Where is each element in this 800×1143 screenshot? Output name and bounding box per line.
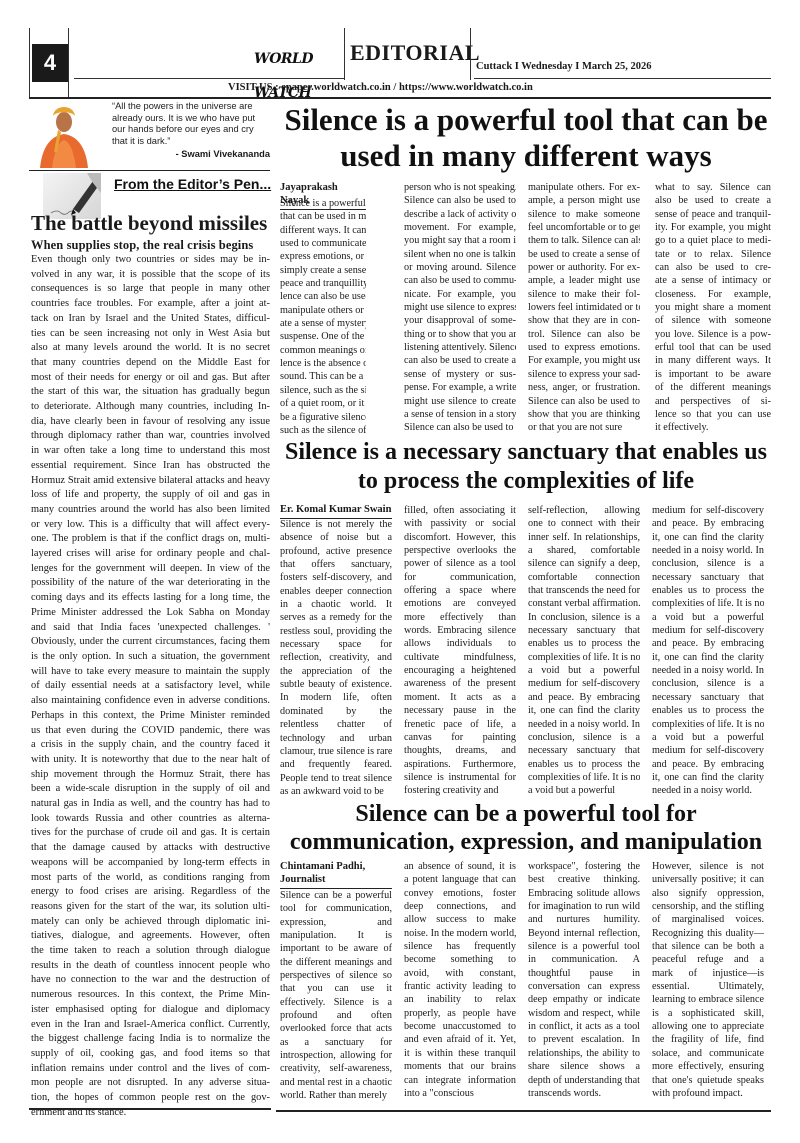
text-line: Embracing solitude allows — [528, 887, 640, 900]
text-line: it, one can find the clarity — [652, 651, 764, 664]
text-line: feel uncomfortable or to get — [528, 221, 640, 234]
text-line: mon people are not disrupted. In any adv… — [31, 1076, 270, 1091]
text-line: and frequently feared. — [280, 758, 392, 771]
text-line: complexities of life. It is not — [528, 771, 640, 784]
text-line: closeness. For example, — [655, 288, 771, 301]
text-line: workspace", fostering the — [528, 860, 640, 873]
text-line: noise. In the modern world, — [404, 927, 516, 940]
text-line: lence is the absence of — [280, 357, 366, 370]
text-line: overlooked force that acts — [280, 1022, 392, 1035]
text-line: different ways. It can be — [280, 224, 366, 237]
text-line: can integrate information — [404, 1074, 516, 1087]
text-line: and peace. By embracing — [652, 637, 764, 650]
text-line: that you can use it — [280, 982, 392, 995]
text-line: frantic activity leading to — [404, 980, 516, 993]
text-line: power of silence as a tool — [404, 557, 516, 570]
text-line: technology and urban — [280, 732, 392, 745]
text-line: common meanings of si- — [280, 344, 366, 357]
text-line: ness, anger, or frustration. — [528, 381, 640, 394]
editorial-body: Even though only two countries or sides … — [31, 253, 270, 1120]
article-2-column-4: medium for self-discoveryand peace. By e… — [652, 504, 764, 798]
text-line: needed in a noisy world. In — [528, 718, 640, 731]
text-line: inner self. In relationships, — [528, 531, 640, 544]
text-line: allowing one to appreciate — [652, 1020, 764, 1033]
text-line: can also be used to cre- — [655, 261, 771, 274]
quote-author: - Swami Vivekananda — [112, 149, 270, 159]
text-line: into a "conscious — [404, 1087, 516, 1100]
text-line: tool for communication, — [280, 902, 392, 915]
header-rule-horizontal-right — [474, 78, 771, 79]
text-line: with unity. It is noteworthy that due to… — [31, 753, 270, 768]
text-line: mately can only be achieved through dipl… — [31, 915, 270, 930]
text-line: a sense of tension in a story. — [404, 408, 516, 421]
text-line: of marginalised voices. — [652, 913, 764, 926]
text-line: necessary sanctuary that — [528, 624, 640, 637]
portrait-icon — [36, 100, 92, 168]
text-line: an absence of sound, it is — [404, 860, 516, 873]
text-line: that can be used in many — [280, 210, 366, 223]
text-line: ties can be seen increasing not only in … — [31, 327, 270, 342]
text-line: and even afraid of it. Yet, — [404, 1033, 516, 1046]
text-line: Silence is not merely the — [280, 518, 392, 531]
article-3-column-2: an absence of sound, it isa potent langu… — [404, 860, 516, 1100]
text-line: For example, you might use — [528, 354, 640, 367]
text-line: emotions are conveyed — [404, 597, 516, 610]
text-line: in a chaotic world. It — [280, 598, 392, 611]
text-line: conclusion, silence is a — [652, 677, 764, 690]
text-line: be used to create a sense of — [528, 248, 640, 261]
text-line: convey emotions, foster — [404, 887, 516, 900]
editorial-bottom-rule — [29, 1108, 271, 1110]
text-line: or very low. This is a difficulty that w… — [31, 518, 270, 533]
text-line: your disapproval of some- — [404, 314, 516, 327]
text-line: used to communicate, to — [280, 237, 366, 250]
editorial-title: The battle beyond missiles — [31, 211, 267, 236]
text-line: In conclusion, silence is a — [528, 611, 640, 624]
text-line: necessary pause in the — [404, 704, 516, 717]
text-line: in conflict, it acts as a tool — [528, 1020, 640, 1033]
text-line: complexities of life. It is not — [652, 597, 764, 610]
dateline: Cuttack I Wednesday I March 25, 2026 — [476, 61, 652, 72]
page-number: 4 — [32, 44, 68, 82]
text-line: needed in a noisy world. In — [652, 544, 764, 557]
text-line: tate or to relax. Silence — [655, 248, 771, 261]
text-line: share silence shows a — [528, 1060, 640, 1073]
text-line: medium for self-discovery — [528, 677, 640, 690]
text-line: depth of understanding that — [528, 1074, 640, 1087]
text-line: simply create a sense of — [280, 264, 366, 277]
text-line: Obviously, under the current circumstanc… — [31, 635, 270, 650]
text-line: tives for the purchase of crude oil and … — [31, 826, 270, 841]
text-line: with passivity or social — [404, 517, 516, 530]
text-line: supply of oil, cooking gas, and food ite… — [31, 1047, 270, 1062]
text-line: discomfort. However, this — [404, 531, 516, 544]
text-line: profound, active presence — [280, 545, 392, 558]
text-line: silence, such as the silence — [280, 384, 366, 397]
text-line: also signify oppression, — [652, 887, 764, 900]
quote-text: “All the powers in the universe are alre… — [112, 101, 270, 147]
text-line: show that you are thinking — [528, 408, 640, 421]
text-line: be a figurative silence, — [280, 411, 366, 424]
text-line: layered crises will arise for ordinary p… — [31, 547, 270, 562]
text-line: in communication. A — [528, 953, 640, 966]
text-line: restless soul, providing the — [280, 625, 392, 638]
text-line: relationships, the ability to — [528, 1047, 640, 1060]
text-line: enables us to process the — [528, 758, 640, 771]
text-line: even in the Iran and Israel-America conf… — [31, 1018, 270, 1033]
text-line: silence has frequently — [404, 940, 516, 953]
text-line: numerous resources. In this context, the… — [31, 988, 270, 1003]
text-line: in war often take a long time to underst… — [31, 444, 270, 459]
text-line: reflection, creativity, and — [280, 651, 392, 664]
text-line: fostering creativity and — [404, 784, 516, 797]
text-line: Silence can also be used to — [404, 421, 516, 434]
text-line: a void but a powerful — [652, 611, 764, 624]
text-line: will have to take every measure to maint… — [31, 665, 270, 680]
text-line: peaceful refuge and a — [652, 953, 764, 966]
text-line: necessary sanctuary that — [528, 744, 640, 757]
text-line: weapons will be accompanied by long-term… — [31, 856, 270, 871]
text-line: profound and often — [280, 1009, 392, 1022]
text-line: mark of injustice—is — [652, 967, 764, 980]
article-1-column-2: person who is not speaking.Silence can a… — [404, 181, 516, 435]
text-line: essential requirement. Since Iran has ob… — [31, 459, 270, 474]
text-line: the start of this war, the situation has… — [31, 385, 270, 400]
text-line: loss of life and property, the supply of… — [31, 488, 270, 503]
article-3-column-4: However, silence is notuniversally posit… — [652, 860, 764, 1100]
text-line: and peace. By embracing — [528, 691, 640, 704]
text-line: silent when no one is talking — [404, 248, 516, 261]
text-line: a void but a powerful — [528, 664, 640, 677]
text-line: become unaccustomed to — [404, 1020, 516, 1033]
text-line: can also be used to commu- — [404, 274, 516, 287]
text-line: have no connection to the war and the de… — [31, 973, 270, 988]
text-line: moment. It acts as a — [404, 691, 516, 704]
article-3-byline-role: Journalist — [280, 873, 392, 886]
text-line: that transcends the need for — [528, 584, 640, 597]
text-line: of daily essential needs at a satisfacto… — [31, 679, 270, 694]
text-line: them to talk. Silence can also — [528, 234, 640, 247]
text-line: is important to be aware — [655, 368, 771, 381]
text-line: necessary sanctuary that — [652, 571, 764, 584]
text-line: enables us to process the — [528, 637, 640, 650]
text-line: nicate. For example, you — [404, 288, 516, 301]
text-line: go to a quiet place to medi- — [655, 234, 771, 247]
text-line: a crisis in the supply chain, and the co… — [31, 738, 270, 753]
text-line: deep connections, and — [404, 900, 516, 913]
text-line: also at many levels around the world. It… — [31, 341, 270, 356]
text-line: canvas for painting — [404, 731, 516, 744]
text-line: show that they are in con- — [528, 314, 640, 327]
text-line: such as the silence of a — [280, 424, 366, 437]
text-line: creativity, self-awareness, — [280, 1062, 392, 1075]
text-line: absence of noise but a — [280, 531, 392, 544]
text-line: to deteriorate. Although many countries,… — [31, 400, 270, 415]
text-line: us that even during the COVID pandemic, … — [31, 724, 270, 739]
text-line: Silence can also be used to — [404, 194, 516, 207]
text-line: it, one can find the clarity — [652, 531, 764, 544]
text-line: listening attentively. Silence — [404, 341, 516, 354]
text-line: censorship, and the stifling — [652, 900, 764, 913]
text-line: countries face troubles. For example, af… — [31, 297, 270, 312]
text-line: medium for self-discovery — [652, 504, 764, 517]
text-line: necessary sanctuary that — [652, 691, 764, 704]
text-line: relentless chatter of — [280, 718, 392, 731]
text-line: thoughtful pause in — [528, 967, 640, 980]
text-line: tiatives, dialogue, and agreements. Howe… — [31, 929, 270, 944]
text-line: become something to — [404, 953, 516, 966]
text-line: medium for self-discovery — [652, 744, 764, 757]
text-line: People tend to treat silence — [280, 772, 392, 785]
text-line: avoid, with constant, — [404, 967, 516, 980]
text-line: sound. This can be a literal — [280, 370, 366, 383]
text-line: an inability to relax — [404, 993, 516, 1006]
text-line: complexities of life. It is not — [652, 718, 764, 731]
text-line: silence to express your sad- — [528, 368, 640, 381]
text-line: more effectively than — [404, 611, 516, 624]
text-line: tack on Iran by Israel and the United St… — [31, 312, 270, 327]
text-line: look towards Russia and other countries … — [31, 812, 270, 827]
text-line: fosters self-discovery, and — [280, 571, 392, 584]
text-line: Silence is a powerful tool — [280, 197, 366, 210]
text-line: for communication, — [404, 571, 516, 584]
text-line: enables us to process the — [652, 704, 764, 717]
text-line: conversation can express — [528, 980, 640, 993]
quote-divider — [29, 170, 270, 171]
text-line: the appreciation of the — [280, 665, 392, 678]
text-line: Perhaps in this context, the Prime Minis… — [31, 709, 270, 724]
text-line: needed in a noisy world. — [652, 784, 764, 797]
text-line: introspection, allowing for — [280, 1049, 392, 1062]
text-line: you love. Silence is a pow- — [655, 328, 771, 341]
text-line: a void but a powerful — [652, 731, 764, 744]
text-line: been a wide-scale disruption in the supp… — [31, 782, 270, 797]
text-line: one to connect with their — [528, 517, 640, 530]
text-line: best creative thinking. — [528, 873, 640, 886]
text-line: used to express emotions. — [528, 341, 640, 354]
text-line: silence can signify a deep, — [528, 557, 640, 570]
article-1-column-4: what to say. Silence canalso be used to … — [655, 181, 771, 435]
text-line: transcends words. — [528, 1087, 640, 1100]
text-line: the fragility of life, find — [652, 1033, 764, 1046]
text-line: also be used to create a — [655, 194, 771, 207]
text-line: power or authority. For ex- — [528, 261, 640, 274]
text-line: is a sophisticated skill, — [652, 1007, 764, 1020]
text-line: self-reflection, allowing — [528, 504, 640, 517]
newspaper-logo: WORLD WATCH — [254, 42, 342, 76]
text-line: sense of mystery or sus- — [404, 368, 516, 381]
header-rule-logo — [344, 28, 345, 80]
visit-us-links: VISIT US : epaper.worldwatch.co.in / htt… — [228, 82, 533, 93]
text-line: might use silence to express — [404, 301, 516, 314]
text-line: trol. Silence can also be — [528, 328, 640, 341]
text-line: allows individuals to — [404, 637, 516, 650]
text-line: ship movement through the Hormuz Strait,… — [31, 768, 270, 783]
text-line: also maintaining confidence even in adve… — [31, 694, 270, 709]
text-line: Silence can also be used to — [528, 395, 640, 408]
text-line: conclusion, silence is a — [528, 731, 640, 744]
text-line: Even though only two countries or sides … — [31, 253, 270, 268]
text-line: sense of peace and tranquil- — [655, 208, 771, 221]
text-line: person who is not speaking. — [404, 181, 516, 194]
article-1-headline: Silence is a powerful tool that can be u… — [276, 102, 776, 174]
editorial-subtitle: When supplies stop, the real crisis begi… — [31, 238, 253, 253]
text-line: constant verbal affirmation. — [528, 597, 640, 610]
text-line: consequences is so large that people in … — [31, 282, 270, 297]
text-line: expression, and — [280, 916, 392, 929]
text-line: most of their needs for energy or oil an… — [31, 371, 270, 386]
text-line: complexities of life. It is not — [528, 651, 640, 664]
text-line: it, one can find the clarity — [652, 771, 764, 784]
text-line: as a sanctuary for — [280, 1036, 392, 1049]
text-line: Hormuz Strait amid extensive bilateral a… — [31, 474, 270, 489]
text-line: and perspectives of si- — [655, 395, 771, 408]
text-line: more effectively, ensuring — [652, 1060, 764, 1073]
text-line: silence is a powerful tool — [528, 940, 640, 953]
text-line: needed in a noisy world. In — [652, 664, 764, 677]
header-rule-horizontal-left — [74, 78, 344, 79]
text-line: and peace. By embracing — [652, 517, 764, 530]
text-line: offering a space where — [404, 584, 516, 597]
text-line: to prevent escalation. In — [528, 1033, 640, 1046]
text-line: silence to make their fol- — [528, 288, 640, 301]
text-line: many countries around the world has also… — [31, 503, 270, 518]
text-line: However, silence is not — [652, 860, 764, 873]
text-line: enables us to process the — [652, 584, 764, 597]
text-line: what to say. Silence can — [655, 181, 771, 194]
text-line: it effectively. — [655, 421, 771, 434]
text-line: perspective overlooks the — [404, 544, 516, 557]
text-line: the time taken to reach a solution throu… — [31, 944, 270, 959]
text-line: coming days and its effects lasting for … — [31, 591, 270, 606]
text-line: In modern life, often — [280, 691, 392, 704]
text-line: the biggest challenge facing India is to… — [31, 1032, 270, 1047]
text-line: or moving around. Silence — [404, 261, 516, 274]
text-line: Prime Minister addressed the Lok Sabha o… — [31, 606, 270, 621]
text-line: is the only option. In such a situation,… — [31, 650, 270, 665]
text-line: essential. Ultimately, — [652, 980, 764, 993]
text-line: enables deeper connection — [280, 585, 392, 598]
section-title: EDITORIAL — [350, 40, 480, 66]
text-line: and peace. By embracing — [652, 758, 764, 771]
text-line: with profound impact. — [652, 1087, 764, 1100]
header-rule-left — [29, 28, 30, 98]
text-line: and nurtures humility. — [528, 913, 640, 926]
text-line: it, one can find the clarity — [528, 704, 640, 717]
text-line: lowers feel intimidated or to — [528, 301, 640, 314]
text-line: that the damage caused by attacks with d… — [31, 841, 270, 856]
text-line: suspense. One of the most — [280, 330, 366, 343]
text-line: tion, the hopes of common people rest on… — [31, 1091, 270, 1106]
article-3-byline-name: Chintamani Padhi, — [280, 860, 392, 873]
text-line: of a quiet room, or it can — [280, 397, 366, 410]
text-line: serves as a remedy for the — [280, 611, 392, 624]
text-line: describe a lack of activity or — [404, 208, 516, 221]
text-line: volved in any war, it is possible that t… — [31, 268, 270, 283]
text-line: Recognizing this duality— — [652, 927, 764, 940]
text-line: wisdom and respect, while — [528, 1007, 640, 1020]
text-line: Beyond internal reflection, — [528, 927, 640, 940]
text-line: you might say that a room is — [404, 234, 516, 247]
text-line: and said that India faces 'unexpected ch… — [31, 621, 270, 636]
text-line: it is within these tranquil — [404, 1047, 516, 1060]
text-line: a shared, comfortable — [528, 544, 640, 557]
text-line: manipulate others. For ex- — [528, 181, 640, 194]
text-line: properly, as people have — [404, 1007, 516, 1020]
text-line: solace, and communicate — [652, 1047, 764, 1060]
text-line: reasons given for the start of the war, … — [31, 900, 270, 915]
text-line: clamour, true silence is rare — [280, 745, 392, 758]
swami-vivekananda-portrait — [36, 100, 92, 168]
text-line: comfortable connection — [528, 571, 640, 584]
text-line: that offers sanctuary, — [280, 558, 392, 571]
text-line: medium for self-discovery — [652, 624, 764, 637]
text-line: and mental rest in a chaotic — [280, 1076, 392, 1089]
header-rule-section — [470, 28, 471, 80]
text-line: most parts of the world, as conditions r… — [31, 871, 270, 886]
text-line: universally positive; it can — [652, 873, 764, 886]
text-line: Silence can be a powerful — [280, 889, 392, 902]
article-1-column-3: manipulate others. For ex-ample, a perso… — [528, 181, 640, 435]
header-rule-page-number — [68, 28, 69, 98]
text-line: movement. For example, — [404, 221, 516, 234]
text-line: effectively. Silence is a — [280, 996, 392, 1009]
text-line: that one's quietude speaks — [652, 1074, 764, 1087]
text-line: words. Embracing silence — [404, 624, 516, 637]
text-line: through diplomacy rather than war, count… — [31, 429, 270, 444]
text-line: encouraging a heightened — [404, 664, 516, 677]
text-line: or that you are not sure — [528, 421, 640, 434]
text-line: as an awkward void to be — [280, 785, 392, 798]
text-line: ate a sense of mystery or — [280, 317, 366, 330]
text-line: allow success to make — [404, 913, 516, 926]
text-line: important to be aware of — [280, 942, 392, 955]
text-line: subtle beauty of existence. — [280, 678, 392, 691]
text-line: one. The problem is that if the conflict… — [31, 532, 270, 547]
text-line: of silence with someone — [655, 314, 771, 327]
article-2-column-2: filled, often associating itwith passivi… — [404, 504, 516, 798]
text-line: manipulation. It is — [280, 929, 392, 942]
text-line: frenetic pace of life, a — [404, 718, 516, 731]
text-line: the different meanings and — [280, 956, 392, 969]
text-line: dia, have clearly been in favour of reso… — [31, 415, 270, 430]
text-line: ample, a person might use — [528, 194, 640, 207]
text-line: that many countries depend on the Middle… — [31, 356, 270, 371]
article-2-column-3: self-reflection, allowingone to connect … — [528, 504, 640, 798]
article-3-column-3: workspace", fostering thebest creative t… — [528, 860, 640, 1100]
article-3-byline: Chintamani Padhi, Journalist — [280, 860, 392, 889]
text-line: a potent language that can — [404, 873, 516, 886]
text-line: thing or to show that you are — [404, 328, 516, 341]
text-line: for imagination to run wild — [528, 900, 640, 913]
text-line: of the different meanings — [655, 381, 771, 394]
header-bottom-rule — [29, 97, 771, 99]
text-line: filled, often associating it — [404, 504, 516, 517]
text-line: in many different ways. It — [655, 354, 771, 367]
text-line: you might share a moment — [655, 301, 771, 314]
text-line: necessary space for — [280, 638, 392, 651]
article-2-column-1: Silence is not merely theabsence of nois… — [280, 518, 392, 798]
text-line: pense. For example, a writer — [404, 381, 516, 394]
text-line: energy to food crises are arising. Regar… — [31, 885, 270, 900]
text-line: lenges for the government will deepen. I… — [31, 562, 270, 577]
text-line: possibility of the nature of the war det… — [31, 576, 270, 591]
text-line: inflation remains under control and the … — [31, 1062, 270, 1077]
text-line: cultivate mindfulness, — [404, 651, 516, 664]
text-line: lence can also be used to — [280, 290, 366, 303]
article-2-headline: Silence is a necessary sanctuary that en… — [276, 438, 776, 496]
text-line: dominated by the — [280, 705, 392, 718]
